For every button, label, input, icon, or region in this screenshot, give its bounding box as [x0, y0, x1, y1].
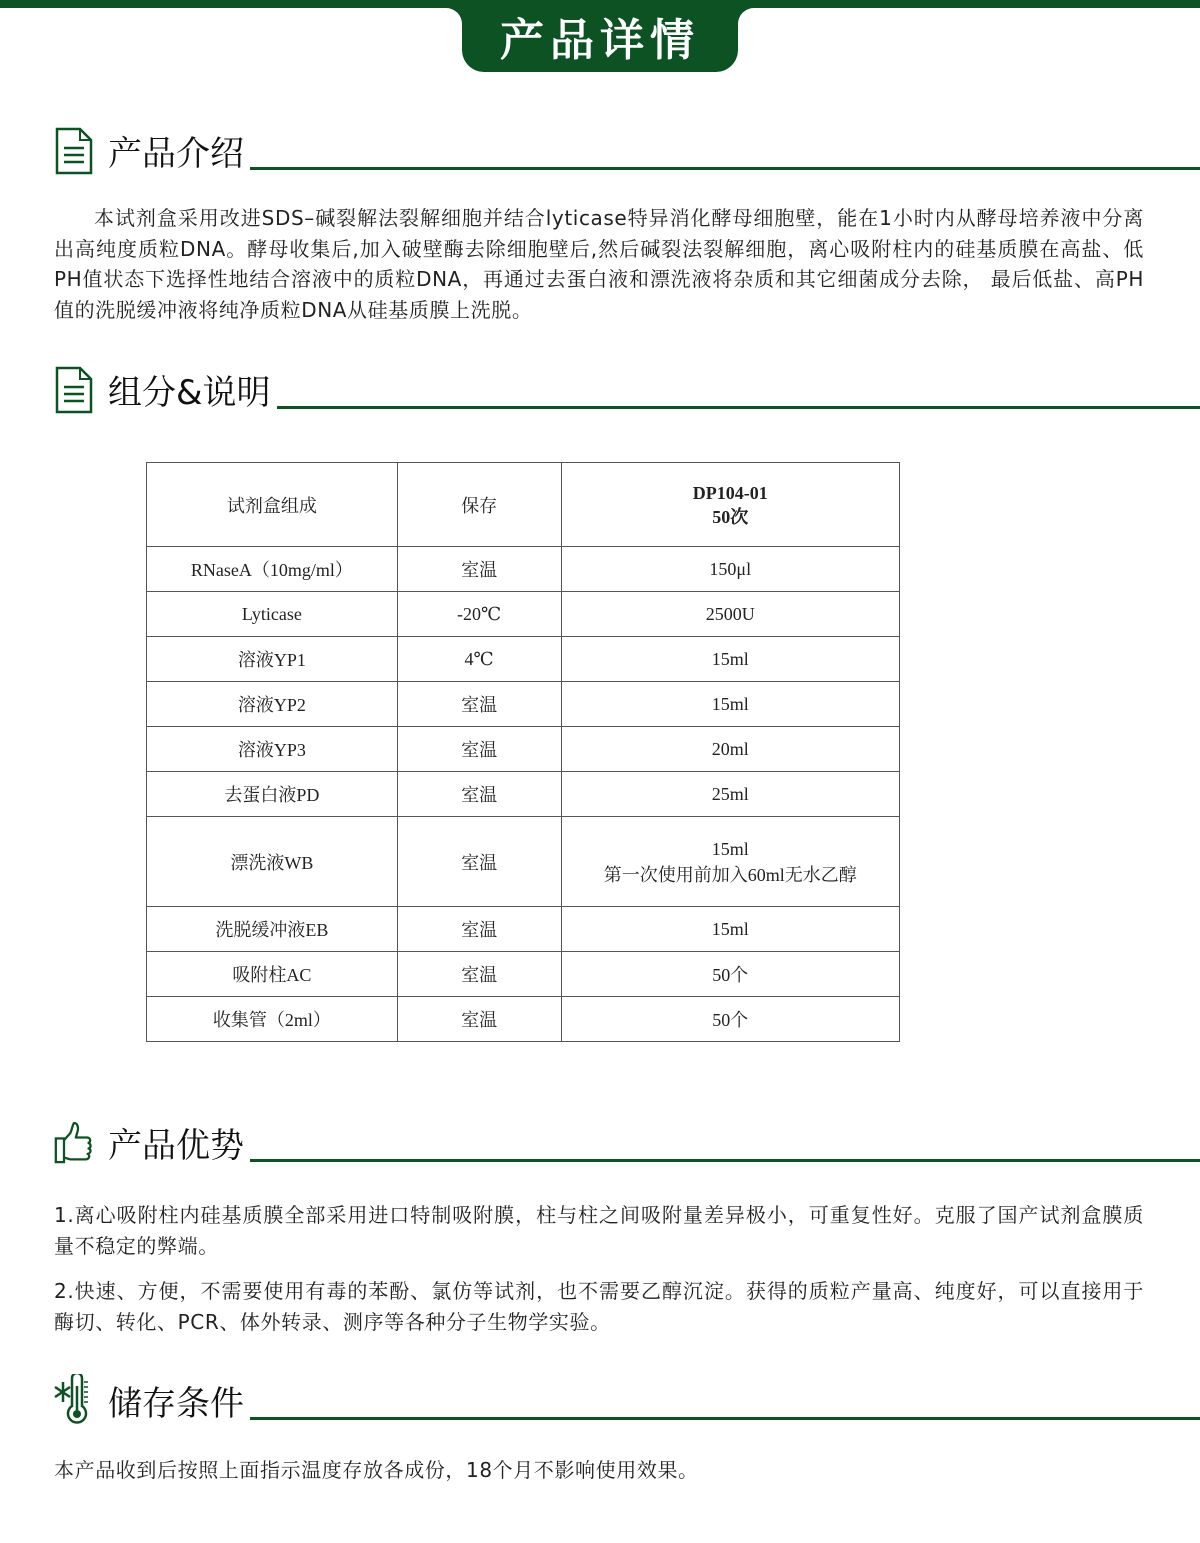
cell-amount: 25ml — [561, 772, 900, 817]
thermometer-snowflake-icon — [54, 1374, 94, 1426]
section-title: 产品优势 — [108, 1124, 244, 1168]
cell-storage: 室温 — [397, 817, 561, 907]
cell-amount: 15ml — [561, 637, 900, 682]
table-row: 洗脱缓冲液EB 室温 15ml — [147, 907, 900, 952]
header-spec: DP104-01 50次 — [561, 463, 900, 547]
cell-amount: 2500U — [561, 592, 900, 637]
cell-amount: 15ml — [561, 907, 900, 952]
header-component: 试剂盒组成 — [147, 463, 398, 547]
cell-storage: 室温 — [397, 997, 561, 1042]
section-header-components: 组分&说明 — [54, 355, 1200, 415]
table-row: 漂洗液WB 室温 15ml 第一次使用前加入60ml无水乙醇 — [147, 817, 900, 907]
table-header-row: 试剂盒组成 保存 DP104-01 50次 — [147, 463, 900, 547]
table-row: Lyticase -20℃ 2500U — [147, 592, 900, 637]
section-title: 组分&说明 — [108, 371, 271, 415]
cell-amount: 15ml 第一次使用前加入60ml无水乙醇 — [561, 817, 900, 907]
page-title-banner: 产品详情 — [462, 0, 738, 72]
cell-amount: 50个 — [561, 952, 900, 997]
cell-component: 吸附柱AC — [147, 952, 398, 997]
cell-storage: 室温 — [397, 952, 561, 997]
cell-amount: 50个 — [561, 997, 900, 1042]
table-row: 溶液YP2 室温 15ml — [147, 682, 900, 727]
cell-component: 漂洗液WB — [147, 817, 398, 907]
storage-paragraph: 本产品收到后按照上面指示温度存放各成份，18个月不影响使用效果。 — [54, 1455, 1144, 1486]
header-storage: 保存 — [397, 463, 561, 547]
cell-storage: 室温 — [397, 547, 561, 592]
section-header-advantages: 产品优势 — [54, 1108, 1200, 1168]
cell-storage: -20℃ — [397, 592, 561, 637]
advantage-item: 1.离心吸附柱内硅基质膜全部采用进口特制吸附膜，柱与柱之间吸附量差异极小，可重复… — [54, 1200, 1144, 1261]
cell-amount-note: 第一次使用前加入60ml无水乙醇 — [562, 862, 900, 888]
table-row: 收集管（2ml） 室温 50个 — [147, 997, 900, 1042]
intro-paragraph: 本试剂盒采用改进SDS–碱裂解法裂解细胞并结合lyticase特异消化酵母细胞壁… — [54, 203, 1144, 325]
header-spec-count: 50次 — [562, 505, 900, 529]
cell-component: 溶液YP1 — [147, 637, 398, 682]
cell-storage: 室温 — [397, 907, 561, 952]
section-divider — [277, 406, 1200, 409]
kit-components-table: 试剂盒组成 保存 DP104-01 50次 RNaseA（10mg/ml） 室温… — [146, 462, 900, 1042]
document-icon — [54, 363, 94, 415]
document-icon — [54, 124, 94, 176]
cell-storage: 室温 — [397, 727, 561, 772]
cell-component: 洗脱缓冲液EB — [147, 907, 398, 952]
section-title: 产品介绍 — [108, 132, 244, 176]
cell-storage: 室温 — [397, 682, 561, 727]
cell-storage: 4℃ — [397, 637, 561, 682]
cell-component: 溶液YP2 — [147, 682, 398, 727]
table-row: 去蛋白液PD 室温 25ml — [147, 772, 900, 817]
header-spec-code: DP104-01 — [562, 481, 900, 505]
cell-component: RNaseA（10mg/ml） — [147, 547, 398, 592]
section-divider — [250, 1159, 1200, 1162]
section-header-intro: 产品介绍 — [54, 116, 1200, 176]
cell-component: 收集管（2ml） — [147, 997, 398, 1042]
cell-component: 溶液YP3 — [147, 727, 398, 772]
table-row: 溶液YP1 4℃ 15ml — [147, 637, 900, 682]
cell-storage: 室温 — [397, 772, 561, 817]
cell-component: Lyticase — [147, 592, 398, 637]
section-title: 储存条件 — [108, 1382, 244, 1426]
cell-amount-value: 15ml — [562, 836, 900, 862]
cell-component: 去蛋白液PD — [147, 772, 398, 817]
section-divider — [250, 1417, 1200, 1420]
cell-amount: 15ml — [561, 682, 900, 727]
cell-amount: 20ml — [561, 727, 900, 772]
cell-amount: 150μl — [561, 547, 900, 592]
table-row: 吸附柱AC 室温 50个 — [147, 952, 900, 997]
table-row: 溶液YP3 室温 20ml — [147, 727, 900, 772]
advantage-item: 2.快速、方便，不需要使用有毒的苯酚、氯仿等试剂，也不需要乙醇沉淀。获得的质粒产… — [54, 1276, 1144, 1337]
table-row: RNaseA（10mg/ml） 室温 150μl — [147, 547, 900, 592]
section-divider — [250, 167, 1200, 170]
thumbs-up-icon — [54, 1116, 94, 1168]
section-header-storage: 储存条件 — [54, 1366, 1200, 1426]
page-title: 产品详情 — [500, 4, 700, 68]
